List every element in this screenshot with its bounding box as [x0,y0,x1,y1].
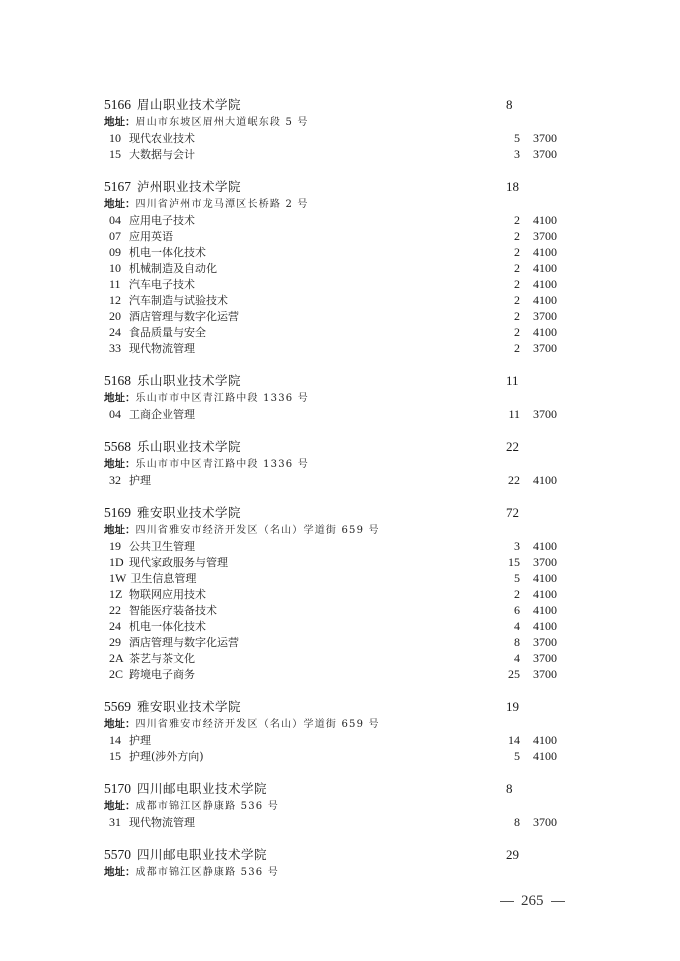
school-code: 5568 [104,439,131,454]
school-header: 5166眉山职业技术学院8 [104,96,564,114]
major-quota: 4 [514,618,520,634]
major-tuition: 4100 [533,212,557,228]
school-total-quota: 72 [506,504,519,522]
major-code: 10 [109,260,125,276]
major-row: 15大数据与会计33700 [104,146,564,162]
major-name: 机械制造及自动化 [129,262,217,275]
major-name: 机电一体化技术 [129,620,206,633]
school-header: 5570四川邮电职业技术学院29 [104,846,564,864]
major-row: 22智能医疗装备技术64100 [104,602,564,618]
major-tuition: 4100 [533,472,557,488]
major-name: 汽车制造与试验技术 [129,294,228,307]
school-address: 地址：眉山市东坡区眉州大道岷东段 5 号 [104,114,564,130]
school-block: 5570四川邮电职业技术学院29地址：成都市锦江区静康路 536 号 [104,846,564,880]
major-name: 酒店管理与数字化运营 [129,310,239,323]
school-block: 5568乐山职业技术学院22地址：乐山市市中区青江路中段 1336 号32护理2… [104,438,564,488]
major-code: 33 [109,340,125,356]
major-name: 护理 [129,474,151,487]
page-number: 265 [521,893,544,909]
major-code: 04 [109,212,125,228]
major-code: 07 [109,228,125,244]
major-name: 公共卫生管理 [129,540,195,553]
major-name: 酒店管理与数字化运营 [129,636,239,649]
major-code: 11 [109,276,125,292]
major-tuition: 4100 [533,732,557,748]
major-quota: 3 [514,146,520,162]
school-name: 雅安职业技术学院 [137,505,241,520]
major-row: 2C跨境电子商务253700 [104,666,564,682]
school-code: 5170 [104,781,131,796]
school-code: 5169 [104,505,131,520]
school-address: 地址：四川省雅安市经济开发区（名山）学道街 659 号 [104,522,564,538]
school-code: 5168 [104,373,131,388]
school-total-quota: 29 [506,846,519,864]
major-code: 31 [109,814,125,830]
major-code: 10 [109,130,125,146]
major-code: 2A [109,650,125,666]
major-code: 1Z [109,586,125,602]
major-row: 2A茶艺与茶文化43700 [104,650,564,666]
address-label: 地址： [104,524,136,536]
major-name: 机电一体化技术 [129,246,206,259]
major-quota: 2 [514,276,520,292]
school-address: 地址：四川省雅安市经济开发区（名山）学道街 659 号 [104,716,564,732]
major-name: 汽车电子技术 [129,278,195,291]
major-row: 24机电一体化技术44100 [104,618,564,634]
school-code: 5569 [104,699,131,714]
major-quota: 6 [514,602,520,618]
major-name: 应用电子技术 [129,214,195,227]
major-row: 09机电一体化技术24100 [104,244,564,260]
address-value: 四川省雅安市经济开发区（名山）学道街 659 号 [136,719,380,730]
school-address: 地址：成都市锦江区静康路 536 号 [104,864,564,880]
address-label: 地址： [104,392,136,404]
school-header: 5569雅安职业技术学院19 [104,698,564,716]
major-row: 15护理(涉外方向)54100 [104,748,564,764]
school-listing: 5166眉山职业技术学院8地址：眉山市东坡区眉州大道岷东段 5 号10现代农业技… [104,96,564,896]
address-value: 四川省泸州市龙马潭区长桥路 2 号 [136,199,309,210]
major-row: 12汽车制造与试验技术24100 [104,292,564,308]
major-tuition: 4100 [533,748,557,764]
major-quota: 25 [508,666,520,682]
major-tuition: 3700 [533,146,557,162]
major-tuition: 3700 [533,308,557,324]
address-label: 地址： [104,718,136,730]
major-name: 现代农业技术 [129,132,195,145]
major-row: 1Z物联网应用技术24100 [104,586,564,602]
address-label: 地址： [104,198,136,210]
major-row: 20酒店管理与数字化运营23700 [104,308,564,324]
major-code: 09 [109,244,125,260]
major-name: 护理 [129,734,151,747]
school-code: 5570 [104,847,131,862]
major-quota: 15 [508,554,520,570]
major-quota: 2 [514,324,520,340]
major-tuition: 3700 [533,228,557,244]
address-label: 地址： [104,458,136,470]
school-address: 地址：乐山市市中区青江路中段 1336 号 [104,456,564,472]
major-code: 32 [109,472,125,488]
major-row: 04工商企业管理113700 [104,406,564,422]
major-row: 1W卫生信息管理54100 [104,570,564,586]
major-quota: 5 [514,570,520,586]
address-value: 成都市锦江区静康路 536 号 [136,801,279,812]
school-block: 5569雅安职业技术学院19地址：四川省雅安市经济开发区（名山）学道街 659 … [104,698,564,764]
footer-dash-left [500,901,514,902]
school-header: 5167泸州职业技术学院18 [104,178,564,196]
major-name: 卫生信息管理 [130,572,196,585]
major-name: 现代家政服务与管理 [129,556,228,569]
major-code: 22 [109,602,125,618]
major-name: 现代物流管理 [129,816,195,829]
major-code: 24 [109,618,125,634]
school-block: 5167泸州职业技术学院18地址：四川省泸州市龙马潭区长桥路 2 号04应用电子… [104,178,564,356]
address-value: 乐山市市中区青江路中段 1336 号 [136,393,309,404]
major-row: 29酒店管理与数字化运营83700 [104,634,564,650]
school-name: 眉山职业技术学院 [137,97,241,112]
major-tuition: 3700 [533,666,557,682]
major-tuition: 3700 [533,130,557,146]
major-code: 12 [109,292,125,308]
school-header: 5568乐山职业技术学院22 [104,438,564,456]
major-row: 11汽车电子技术24100 [104,276,564,292]
school-name: 泸州职业技术学院 [137,179,241,194]
major-quota: 5 [514,748,520,764]
major-quota: 2 [514,212,520,228]
major-row: 07应用英语23700 [104,228,564,244]
major-name: 应用英语 [129,230,173,243]
school-header: 5169雅安职业技术学院72 [104,504,564,522]
school-block: 5166眉山职业技术学院8地址：眉山市东坡区眉州大道岷东段 5 号10现代农业技… [104,96,564,162]
major-tuition: 4100 [533,618,557,634]
major-tuition: 3700 [533,340,557,356]
major-code: 15 [109,146,125,162]
school-total-quota: 8 [506,780,513,798]
major-code: 29 [109,634,125,650]
major-code: 15 [109,748,125,764]
major-tuition: 3700 [533,814,557,830]
major-quota: 8 [514,814,520,830]
school-header: 5168乐山职业技术学院11 [104,372,564,390]
major-tuition: 4100 [533,538,557,554]
school-name: 雅安职业技术学院 [137,699,241,714]
school-name: 乐山职业技术学院 [137,439,241,454]
major-quota: 3 [514,538,520,554]
major-tuition: 3700 [533,650,557,666]
address-label: 地址： [104,800,136,812]
school-total-quota: 11 [506,372,519,390]
school-total-quota: 19 [506,698,519,716]
major-tuition: 4100 [533,586,557,602]
major-name: 物联网应用技术 [129,588,206,601]
school-block: 5169雅安职业技术学院72地址：四川省雅安市经济开发区（名山）学道街 659 … [104,504,564,682]
school-block: 5168乐山职业技术学院11地址：乐山市市中区青江路中段 1336 号04工商企… [104,372,564,422]
document-page: 5166眉山职业技术学院8地址：眉山市东坡区眉州大道岷东段 5 号10现代农业技… [0,0,680,961]
major-row: 31现代物流管理83700 [104,814,564,830]
major-name: 食品质量与安全 [129,326,206,339]
school-address: 地址：四川省泸州市龙马潭区长桥路 2 号 [104,196,564,212]
major-code: 19 [109,538,125,554]
school-name: 乐山职业技术学院 [137,373,241,388]
major-name: 跨境电子商务 [129,668,195,681]
major-tuition: 3700 [533,406,557,422]
address-value: 成都市锦江区静康路 536 号 [136,867,279,878]
major-code: 20 [109,308,125,324]
major-row: 04应用电子技术24100 [104,212,564,228]
major-tuition: 3700 [533,554,557,570]
page-footer: 265 [500,893,590,910]
school-total-quota: 22 [506,438,519,456]
major-name: 护理(涉外方向) [129,750,204,763]
address-value: 四川省雅安市经济开发区（名山）学道街 659 号 [136,525,380,536]
school-total-quota: 18 [506,178,519,196]
major-quota: 2 [514,260,520,276]
school-address: 地址：成都市锦江区静康路 536 号 [104,798,564,814]
major-row: 1D现代家政服务与管理153700 [104,554,564,570]
footer-dash-right [551,901,565,902]
major-row: 24食品质量与安全24100 [104,324,564,340]
major-name: 智能医疗装备技术 [129,604,217,617]
major-code: 04 [109,406,125,422]
address-label: 地址： [104,866,136,878]
major-code: 14 [109,732,125,748]
major-quota: 8 [514,634,520,650]
school-code: 5167 [104,179,131,194]
major-tuition: 4100 [533,260,557,276]
school-total-quota: 8 [506,96,513,114]
major-code: 2C [109,666,125,682]
major-tuition: 4100 [533,244,557,260]
major-quota: 4 [514,650,520,666]
major-quota: 5 [514,130,520,146]
major-code: 24 [109,324,125,340]
major-quota: 2 [514,308,520,324]
major-code: 1D [109,554,125,570]
major-tuition: 4100 [533,602,557,618]
major-row: 19公共卫生管理34100 [104,538,564,554]
major-quota: 2 [514,244,520,260]
major-code: 1W [109,570,126,586]
school-address: 地址：乐山市市中区青江路中段 1336 号 [104,390,564,406]
school-block: 5170四川邮电职业技术学院8地址：成都市锦江区静康路 536 号31现代物流管… [104,780,564,830]
major-tuition: 4100 [533,276,557,292]
major-quota: 11 [508,406,520,422]
school-name: 四川邮电职业技术学院 [137,781,267,796]
major-row: 14护理144100 [104,732,564,748]
major-quota: 14 [508,732,520,748]
address-label: 地址： [104,116,136,128]
address-value: 乐山市市中区青江路中段 1336 号 [136,459,309,470]
major-quota: 2 [514,228,520,244]
major-row: 10机械制造及自动化24100 [104,260,564,276]
major-tuition: 4100 [533,324,557,340]
major-quota: 22 [508,472,520,488]
address-value: 眉山市东坡区眉州大道岷东段 5 号 [136,117,309,128]
major-tuition: 4100 [533,292,557,308]
major-tuition: 3700 [533,634,557,650]
major-row: 10现代农业技术53700 [104,130,564,146]
school-header: 5170四川邮电职业技术学院8 [104,780,564,798]
major-name: 茶艺与茶文化 [129,652,195,665]
major-quota: 2 [514,586,520,602]
major-quota: 2 [514,340,520,356]
major-name: 大数据与会计 [129,148,195,161]
major-quota: 2 [514,292,520,308]
school-code: 5166 [104,97,131,112]
major-row: 33现代物流管理23700 [104,340,564,356]
major-tuition: 4100 [533,570,557,586]
major-name: 工商企业管理 [129,408,195,421]
major-row: 32护理224100 [104,472,564,488]
major-name: 现代物流管理 [129,342,195,355]
school-name: 四川邮电职业技术学院 [137,847,267,862]
